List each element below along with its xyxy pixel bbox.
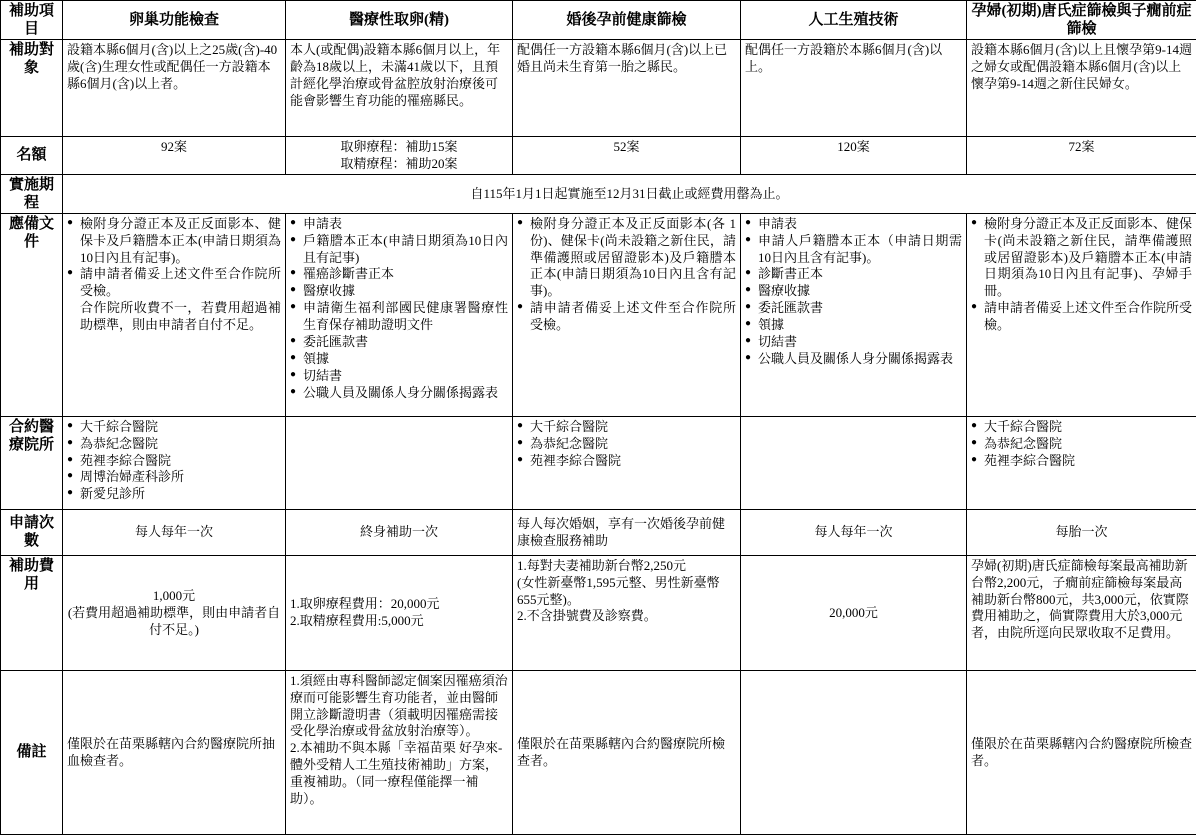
- bullet-icon: ●: [745, 300, 758, 317]
- row-amount: 補助費用 1,000元 (若費用超過補助標準，則由申請者自付不足。) 1.取卵療…: [1, 555, 1196, 670]
- bullet-text: 委託匯款書: [758, 300, 962, 317]
- bullet-icon: ●: [517, 216, 530, 300]
- row-label-target: 補助對象: [1, 40, 63, 137]
- bullet-text: 診斷書正本: [758, 266, 962, 283]
- bullet-text: 醫療收據: [758, 283, 962, 300]
- row-hospitals: 合約醫療院所 ●大千綜合醫院●為恭紀念醫院●苑裡李綜合醫院●周博治婦產科診所●新…: [1, 416, 1196, 509]
- cell-documents-art: ●申請表●申請人戶籍謄本正本（申請日期需10日內且含有記事)。●診斷書正本●醫療…: [741, 213, 967, 416]
- bullet-item: ●檢附身分證正本及正反面影本、健保卡(尚未設籍之新住民，請準備護照或居留證影本)…: [971, 216, 1192, 300]
- bullet-icon: ●: [67, 469, 80, 486]
- cell-documents-retrieval: ●申請表●戶籍謄本正本(申請日期須為10日內且有記事)●罹癌診斷書正本●醫療收據…: [286, 213, 513, 416]
- cell-notes-premarital: 僅限於在苗栗縣轄內合約醫療院所檢查者。: [513, 670, 741, 834]
- bullet-icon: ●: [290, 233, 303, 267]
- cell-hospitals-ovary: ●大千綜合醫院●為恭紀念醫院●苑裡李綜合醫院●周博治婦產科診所●新愛兒診所: [63, 416, 286, 509]
- bullet-item: ●申請人戶籍謄本正本（申請日期需10日內且含有記事)。: [745, 233, 962, 267]
- bullet-item: ●醫療收據: [745, 283, 962, 300]
- bullet-item: ●診斷書正本: [745, 266, 962, 283]
- bullet-text: 申請表: [303, 216, 508, 233]
- bullet-icon: ●: [745, 317, 758, 334]
- bullet-icon: ●: [745, 233, 758, 267]
- bullet-item: ●檢附身分證正本及正反面影本、健保卡及戶籍謄本正本(申請日期須為10日內且有記事…: [67, 216, 281, 267]
- bullet-text: 苑裡李綜合醫院: [530, 453, 736, 470]
- cell-quota-prenatal: 72案: [967, 137, 1196, 175]
- bullet-text: 為恭紀念醫院: [984, 436, 1192, 453]
- row-label-quota: 名額: [1, 137, 63, 175]
- bullet-text: 為恭紀念醫院: [80, 436, 281, 453]
- cell-quota-ovary: 92案: [63, 137, 286, 175]
- row-target: 補助對象 設籍本縣6個月(含)以上之25歲(含)-40歲(含)生理女性或配偶任一…: [1, 40, 1196, 137]
- bullet-item: ●申請衛生福利部國民健康署醫療性生育保存補助證明文件: [290, 300, 508, 334]
- cell-quota-premarital: 52案: [513, 137, 741, 175]
- bullet-text: 請申請者備妥上述文件至合作院所受檢。: [80, 266, 281, 300]
- bullet-item: ●大千綜合醫院: [67, 419, 281, 436]
- row-label-period: 實施期程: [1, 174, 63, 213]
- cell-period: 自115年1月1日起實施至12月31日截止或經費用罄為止。: [63, 174, 1196, 213]
- bullet-item: ●切結書: [745, 334, 962, 351]
- bullet-icon: ●: [67, 453, 80, 470]
- row-period: 實施期程 自115年1月1日起實施至12月31日截止或經費用罄為止。: [1, 174, 1196, 213]
- bullet-item: ●請申請者備妥上述文件至合作院所受檢。: [971, 300, 1192, 334]
- bullet-item: ●切結書: [290, 368, 508, 385]
- bullet-text: 申請人戶籍謄本正本（申請日期需10日內且含有記事)。: [758, 233, 962, 267]
- corner-label: 補助項目: [1, 1, 63, 40]
- bullet-text: 切結書: [303, 368, 508, 385]
- row-label-amount: 補助費用: [1, 555, 63, 670]
- cell-hospitals-retrieval: [286, 416, 513, 509]
- bullet-item: ●請申請者備妥上述文件至合作院所受檢。: [517, 300, 736, 334]
- cell-amount-ovary: 1,000元 (若費用超過補助標準，則由申請者自付不足。): [63, 555, 286, 670]
- bullet-text: 檢附身分證正本及正反面影本、健保卡及戶籍謄本正本(申請日期須為10日內且有記事)…: [80, 216, 281, 267]
- bullet-text: 戶籍謄本正本(申請日期須為10日內且有記事): [303, 233, 508, 267]
- bullet-icon: ●: [971, 419, 984, 436]
- bullet-item: ●領據: [745, 317, 962, 334]
- row-frequency: 申請次數 每人每年一次 終身補助一次 每人每次婚姻，享有一次婚後孕前健康檢查服務…: [1, 509, 1196, 555]
- row-label-notes: 備註: [1, 670, 63, 834]
- bullet-item: ●申請表: [290, 216, 508, 233]
- bullet-text: 領據: [758, 317, 962, 334]
- bullet-icon: ●: [745, 216, 758, 233]
- cell-hospitals-art: [741, 416, 967, 509]
- bullet-text: 申請衛生福利部國民健康署醫療性生育保存補助證明文件: [303, 300, 508, 334]
- cell-documents-prenatal: ●檢附身分證正本及正反面影本、健保卡(尚未設籍之新住民，請準備護照或居留證影本)…: [967, 213, 1196, 416]
- bullet-icon: ●: [745, 266, 758, 283]
- bullet-text: 大千綜合醫院: [984, 419, 1192, 436]
- bullet-item: ●大千綜合醫院: [971, 419, 1192, 436]
- cell-notes-art: [741, 670, 967, 834]
- cell-frequency-retrieval: 終身補助一次: [286, 509, 513, 555]
- bullet-item: ●公職人員及關係人身分關係揭露表: [290, 385, 508, 402]
- bullet-text: 罹癌診斷書正本: [303, 266, 508, 283]
- bullet-text: 請申請者備妥上述文件至合作院所受檢。: [530, 300, 736, 334]
- col-header-art: 人工生殖技術: [741, 1, 967, 40]
- row-label-hospitals: 合約醫療院所: [1, 416, 63, 509]
- cell-documents-premarital: ●檢附身分證正本及正反面影本(各 1 份)、健保卡(尚未設籍之新住民，請準備護照…: [513, 213, 741, 416]
- bullet-item: ●大千綜合醫院: [517, 419, 736, 436]
- bullet-text: 申請表: [758, 216, 962, 233]
- cell-frequency-premarital: 每人每次婚姻，享有一次婚後孕前健康檢查服務補助: [513, 509, 741, 555]
- bullet-icon: ●: [971, 216, 984, 300]
- bullet-item: ●請申請者備妥上述文件至合作院所受檢。: [67, 266, 281, 300]
- bullet-icon: ●: [290, 266, 303, 283]
- cell-frequency-prenatal: 每胎一次: [967, 509, 1196, 555]
- bullet-text: 委託匯款書: [303, 334, 508, 351]
- bullet-icon: ●: [971, 436, 984, 453]
- row-quota: 名額 92案 取卵療程：補助15案 取精療程：補助20案 52案 120案 72…: [1, 137, 1196, 175]
- bullet-icon: ●: [745, 283, 758, 300]
- bullet-item: ●苑裡李綜合醫院: [67, 453, 281, 470]
- cell-hospitals-premarital: ●大千綜合醫院●為恭紀念醫院●苑裡李綜合醫院: [513, 416, 741, 509]
- row-notes: 備註 僅限於在苗栗縣轄內合約醫療院所抽血檢查者。 1.須經由專科醫師認定個案因罹…: [1, 670, 1196, 834]
- cell-target-retrieval: 本人(或配偶)設籍本縣6個月以上，年齡為18歲以上，未滿41歲以下，且預計經化學…: [286, 40, 513, 137]
- cell-target-prenatal: 設籍本縣6個月(含)以上且懷孕第9-14週之婦女或配偶設籍本縣6個月(含)以上懷…: [967, 40, 1196, 137]
- header-row: 補助項目 卵巢功能檢查 醫療性取卵(精) 婚後孕前健康篩檢 人工生殖技術 孕婦(…: [1, 1, 1196, 40]
- bullet-text: 大千綜合醫院: [80, 419, 281, 436]
- col-header-egg-retrieval: 醫療性取卵(精): [286, 1, 513, 40]
- bullet-text: 苑裡李綜合醫院: [984, 453, 1192, 470]
- row-label-frequency: 申請次數: [1, 509, 63, 555]
- cell-quota-retrieval: 取卵療程：補助15案 取精療程：補助20案: [286, 137, 513, 175]
- cell-target-premarital: 配偶任一方設籍本縣6個月(含)以上已婚且尚未生育第一胎之縣民。: [513, 40, 741, 137]
- bullet-text: 請申請者備妥上述文件至合作院所受檢。: [984, 300, 1192, 334]
- cell-frequency-art: 每人每年一次: [741, 509, 967, 555]
- bullet-item: ●周博治婦產科診所: [67, 469, 281, 486]
- bullet-item: ●為恭紀念醫院: [517, 436, 736, 453]
- bullet-icon: ●: [290, 300, 303, 334]
- bullet-icon: ●: [517, 300, 530, 334]
- bullet-icon: ●: [290, 334, 303, 351]
- bullet-icon: ●: [517, 453, 530, 470]
- cell-notes-retrieval: 1.須經由專科醫師認定個案因罹癌須治療而可能影響生育功能者，並由醫師開立診斷證明…: [286, 670, 513, 834]
- bullet-item: ●苑裡李綜合醫院: [971, 453, 1192, 470]
- bullet-text: 苑裡李綜合醫院: [80, 453, 281, 470]
- bullet-item: ●檢附身分證正本及正反面影本(各 1 份)、健保卡(尚未設籍之新住民，請準備護照…: [517, 216, 736, 300]
- bullet-icon: ●: [67, 486, 80, 503]
- cell-notes-ovary: 僅限於在苗栗縣轄內合約醫療院所抽血檢查者。: [63, 670, 286, 834]
- cell-quota-art: 120案: [741, 137, 967, 175]
- bullet-text: 檢附身分證正本及正反面影本、健保卡(尚未設籍之新住民，請準備護照或居留證影本)及…: [984, 216, 1192, 300]
- cell-hospitals-prenatal: ●大千綜合醫院●為恭紀念醫院●苑裡李綜合醫院: [967, 416, 1196, 509]
- bullet-icon: ●: [290, 385, 303, 402]
- row-label-documents: 應備文件: [1, 213, 63, 416]
- bullet-item: ●醫療收據: [290, 283, 508, 300]
- bullet-text: 為恭紀念醫院: [530, 436, 736, 453]
- bullet-icon: ●: [67, 419, 80, 436]
- subsidy-program-table: 補助項目 卵巢功能檢查 醫療性取卵(精) 婚後孕前健康篩檢 人工生殖技術 孕婦(…: [0, 0, 1196, 835]
- bullet-item: ●苑裡李綜合醫院: [517, 453, 736, 470]
- col-header-prenatal-screening: 孕婦(初期)唐氏症篩檢與子癇前症篩檢: [967, 1, 1196, 40]
- bullet-item: ●為恭紀念醫院: [971, 436, 1192, 453]
- bullet-icon: ●: [67, 216, 80, 267]
- bullet-item: ●為恭紀念醫院: [67, 436, 281, 453]
- bullet-item: ●委託匯款書: [290, 334, 508, 351]
- bullet-icon: ●: [517, 419, 530, 436]
- cell-amount-art: 20,000元: [741, 555, 967, 670]
- bullet-icon: ●: [290, 216, 303, 233]
- bullet-icon: ●: [971, 300, 984, 334]
- bullet-icon: ●: [67, 266, 80, 300]
- row-documents: 應備文件 ●檢附身分證正本及正反面影本、健保卡及戶籍謄本正本(申請日期須為10日…: [1, 213, 1196, 416]
- bullet-icon: ●: [745, 334, 758, 351]
- cell-frequency-ovary: 每人每年一次: [63, 509, 286, 555]
- bullet-note: 合作院所收費不一，若費用超過補助標準，則由申請者自付不足。: [80, 300, 281, 334]
- bullet-text: 公職人員及關係人身分關係揭露表: [303, 385, 508, 402]
- cell-target-ovary: 設籍本縣6個月(含)以上之25歲(含)-40歲(含)生理女性或配偶任一方設籍本縣…: [63, 40, 286, 137]
- cell-amount-retrieval: 1.取卵療程費用：20,000元 2.取精療程費用:5,000元: [286, 555, 513, 670]
- bullet-text: 大千綜合醫院: [530, 419, 736, 436]
- bullet-icon: ●: [971, 453, 984, 470]
- col-header-premarital-screening: 婚後孕前健康篩檢: [513, 1, 741, 40]
- bullet-text: 公職人員及關係人身分關係揭露表: [758, 351, 962, 368]
- bullet-item: ●公職人員及關係人身分關係揭露表: [745, 351, 962, 368]
- cell-documents-ovary: ●檢附身分證正本及正反面影本、健保卡及戶籍謄本正本(申請日期須為10日內且有記事…: [63, 213, 286, 416]
- bullet-text: 檢附身分證正本及正反面影本(各 1 份)、健保卡(尚未設籍之新住民，請準備護照或…: [530, 216, 736, 300]
- bullet-item: ●申請表: [745, 216, 962, 233]
- bullet-icon: ●: [745, 351, 758, 368]
- cell-notes-prenatal: 僅限於在苗栗縣轄內合約醫療院所檢查者。: [967, 670, 1196, 834]
- bullet-item: ●戶籍謄本正本(申請日期須為10日內且有記事): [290, 233, 508, 267]
- cell-amount-premarital: 1.每對夫妻補助新台幣2,250元 (女性新臺幣1,595元整、男性新臺幣655…: [513, 555, 741, 670]
- bullet-text: 周博治婦產科診所: [80, 469, 281, 486]
- col-header-ovary-exam: 卵巢功能檢查: [63, 1, 286, 40]
- bullet-text: 切結書: [758, 334, 962, 351]
- bullet-item: ●委託匯款書: [745, 300, 962, 317]
- bullet-text: 新愛兒診所: [80, 486, 281, 503]
- bullet-item: ●領據: [290, 351, 508, 368]
- bullet-text: 領據: [303, 351, 508, 368]
- cell-target-art: 配偶任一方設籍於本縣6個月(含)以上。: [741, 40, 967, 137]
- bullet-icon: ●: [67, 436, 80, 453]
- bullet-item: ●罹癌診斷書正本: [290, 266, 508, 283]
- bullet-icon: ●: [290, 368, 303, 385]
- bullet-text: 醫療收據: [303, 283, 508, 300]
- bullet-icon: ●: [290, 283, 303, 300]
- bullet-icon: ●: [290, 351, 303, 368]
- bullet-item: ●新愛兒診所: [67, 486, 281, 503]
- cell-amount-prenatal: 孕婦(初期)唐氏症篩檢每案最高補助新台幣2,200元，子癇前症篩檢每案最高補助新…: [967, 555, 1196, 670]
- bullet-icon: ●: [517, 436, 530, 453]
